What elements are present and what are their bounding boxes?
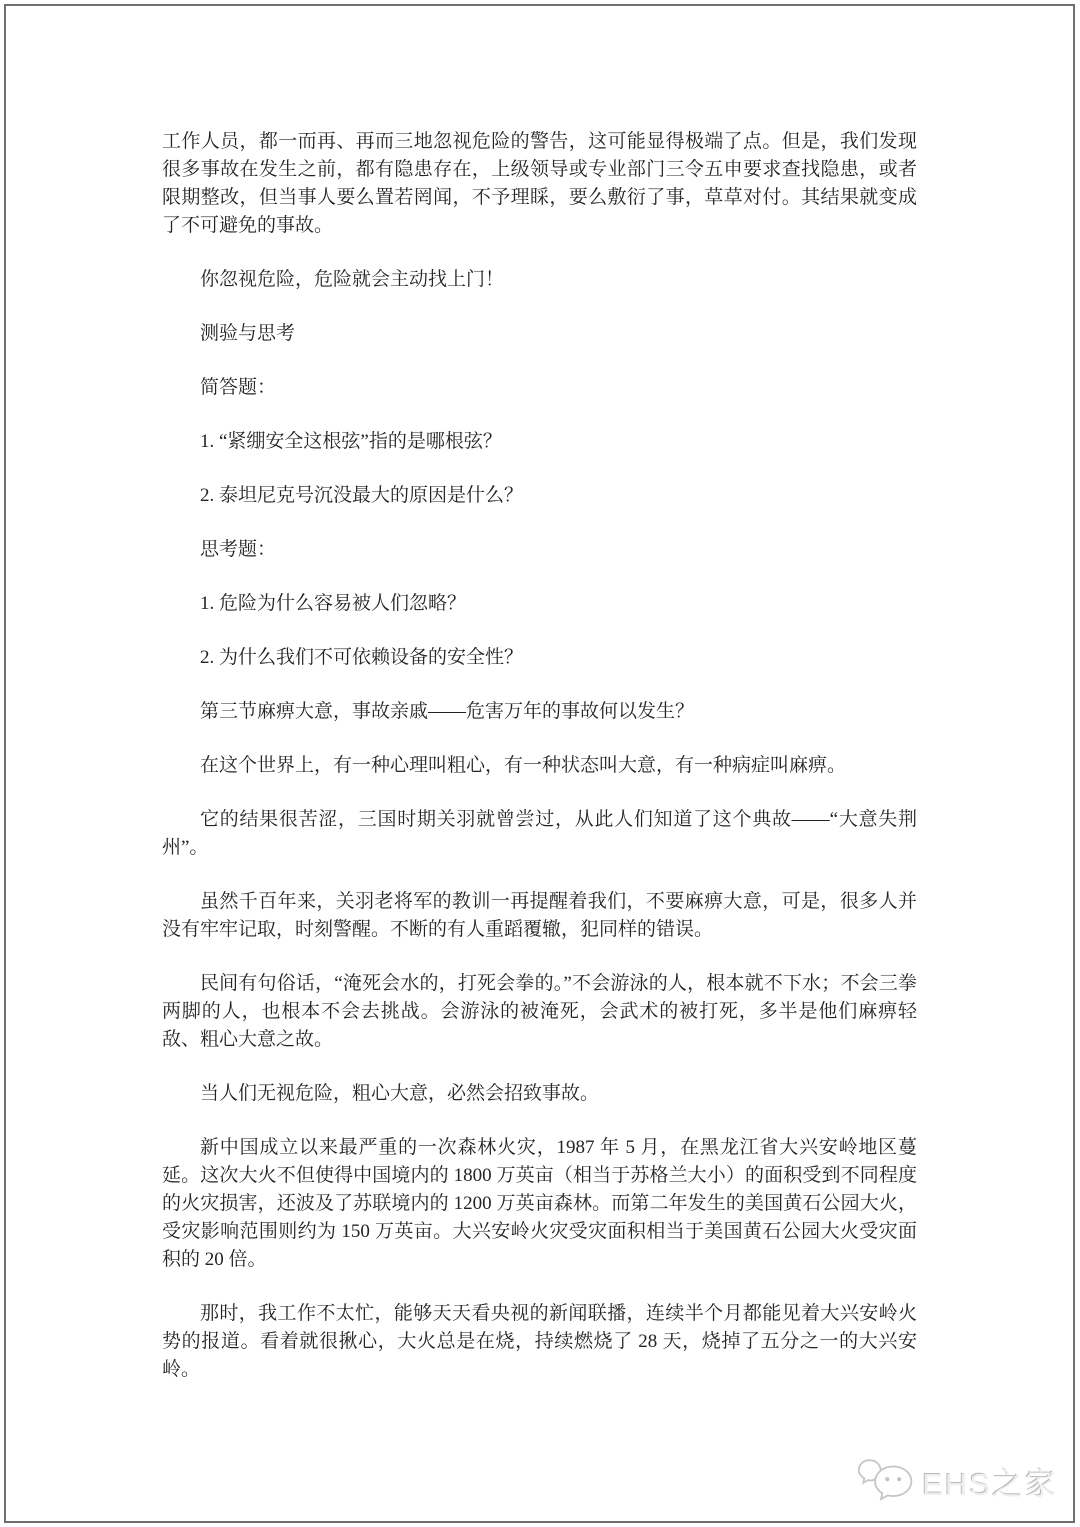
paragraph: 简答题： xyxy=(162,374,917,402)
paragraph: 那时，我工作不太忙，能够天天看央视的新闻联播，连续半个月都能见着大兴安岭火势的报… xyxy=(162,1300,917,1384)
paragraph: 1. “紧绷安全这根弦”指的是哪根弦？ xyxy=(162,428,917,456)
paragraph: 思考题： xyxy=(162,536,917,564)
paragraph: 在这个世界上，有一种心理叫粗心，有一种状态叫大意，有一种病症叫麻痹。 xyxy=(162,752,917,780)
paragraph: 工作人员，都一而再、再而三地忽视危险的警告，这可能显得极端了点。但是，我们发现很… xyxy=(162,128,917,240)
document-body: 工作人员，都一而再、再而三地忽视危险的警告，这可能显得极端了点。但是，我们发现很… xyxy=(162,128,917,1410)
watermark: EHS之家 xyxy=(857,1457,1058,1505)
paragraph: 第三节麻痹大意，事故亲戚——危害万年的事故何以发生？ xyxy=(162,698,917,726)
paragraph: 当人们无视危险，粗心大意，必然会招致事故。 xyxy=(162,1080,917,1108)
watermark-label: EHS之家 xyxy=(922,1459,1058,1504)
paragraph: 1. 危险为什么容易被人们忽略？ xyxy=(162,590,917,618)
wechat-icon xyxy=(857,1457,915,1505)
paragraph: 新中国成立以来最严重的一次森林火灾，1987 年 5 月，在黑龙江省大兴安岭地区… xyxy=(162,1134,917,1274)
paragraph: 它的结果很苦涩，三国时期关羽就曾尝过，从此人们知道了这个典故——“大意失荆州”。 xyxy=(162,806,917,862)
paragraph: 民间有句俗话，“淹死会水的，打死会拳的。”不会游泳的人，根本就不下水；不会三拳两… xyxy=(162,970,917,1054)
paragraph: 2. 泰坦尼克号沉没最大的原因是什么？ xyxy=(162,482,917,510)
paragraph: 2. 为什么我们不可依赖设备的安全性？ xyxy=(162,644,917,672)
paragraph: 你忽视危险，危险就会主动找上门！ xyxy=(162,266,917,294)
paragraph: 测验与思考 xyxy=(162,320,917,348)
paragraph: 虽然千百年来，关羽老将军的教训一再提醒着我们，不要麻痹大意，可是，很多人并没有牢… xyxy=(162,888,917,944)
